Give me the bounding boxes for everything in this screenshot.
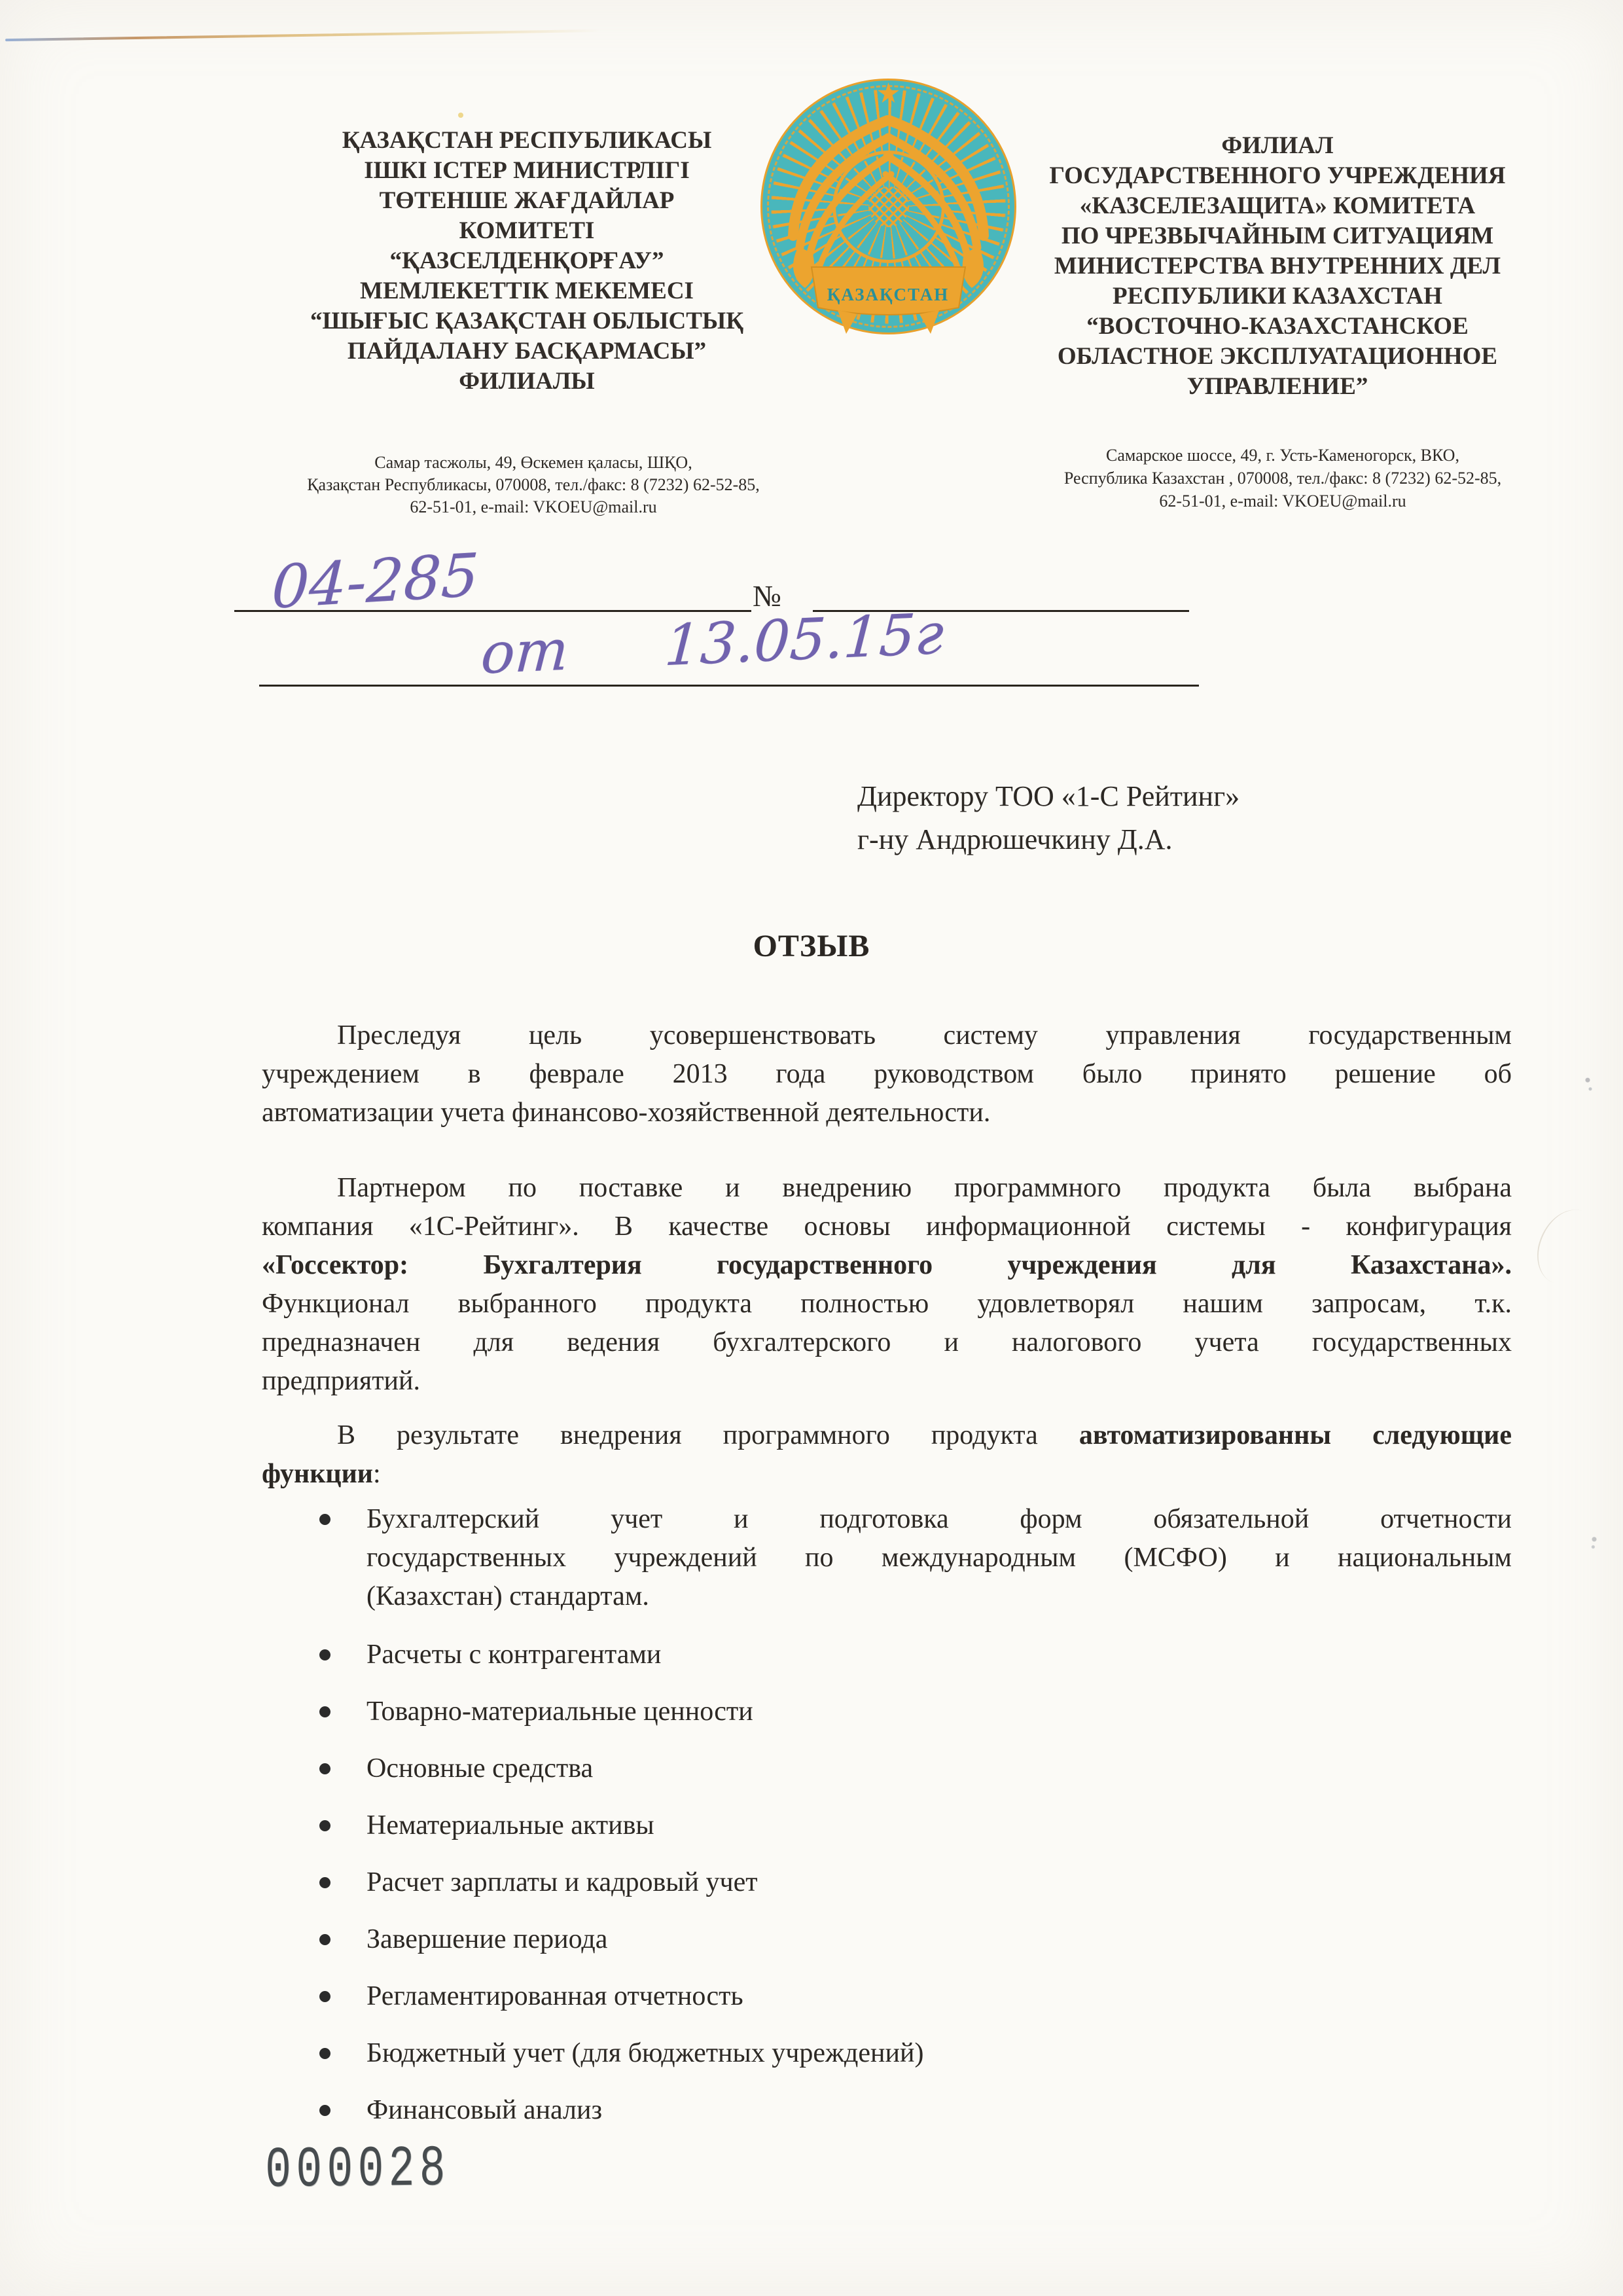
page-number-stamp: 000028 [265, 2137, 450, 2204]
org-line: РЕСПУБЛИКИ КАЗАХСТАН [1016, 281, 1539, 312]
bullet-icon [319, 1763, 330, 1774]
org-line: ҚАЗАҚСТАН РЕСПУБЛИКАСЫ [278, 126, 776, 156]
bullet-icon [319, 1877, 330, 1888]
org-line: «КАЗСЕЛЕЗАЩИТА» КОМИТЕТА [1016, 191, 1539, 221]
bullet-icon [319, 1706, 330, 1717]
body-line: Нематериальные активы [366, 1806, 1512, 1845]
body-line: предприятий. [262, 1362, 1512, 1401]
scan-speck [458, 113, 463, 118]
recipient-line: Директору ТОО «1-С Рейтинг» [857, 775, 1240, 818]
list-item: Расчет зарплаты и кадровый учет [262, 1863, 1512, 1902]
list-item: Товарно-материальные ценности [262, 1693, 1512, 1731]
org-line: ФИЛИАЛ [1016, 131, 1539, 161]
bullet-icon [319, 1991, 330, 2002]
list-item: Завершение периода [262, 1920, 1512, 1959]
org-line: “ВОСТОЧНО-КАЗАХСТАНСКОЕ [1016, 312, 1539, 342]
body-line: автоматизации учета финансово-хозяйствен… [262, 1094, 1512, 1132]
recipient-block: Директору ТОО «1-С Рейтинг» г-ну Андрюше… [857, 775, 1240, 861]
body-line: компания «1С-Рейтинг». В качестве основы… [262, 1208, 1512, 1246]
address-line: Самарское шоссе, 49, г. Усть-Каменогорск… [1011, 444, 1554, 467]
list-item: Бюджетный учет (для бюджетных учреждений… [262, 2034, 1512, 2073]
org-line: КОМИТЕТІ [278, 216, 776, 246]
list-item: Расчеты с контрагентами [262, 1636, 1512, 1674]
document-title: ОТЗЫВ [0, 928, 1623, 964]
body-line: Бюджетный учет (для бюджетных учреждений… [366, 2034, 1512, 2073]
letter-body: Преследуя цель усовершенствовать систему… [262, 1016, 1512, 2148]
org-line: ПО ЧРЕЗВЫЧАЙНЫМ СИТУАЦИЯМ [1016, 221, 1539, 251]
org-line: “ҚАЗСЕЛДЕНҚОРҒАУ” [278, 246, 776, 276]
org-name-kazakh: ҚАЗАҚСТАН РЕСПУБЛИКАСЫ ІШКІ ІСТЕР МИНИСТ… [278, 126, 776, 397]
org-line: МИНИСТЕРСТВА ВНУТРЕННИХ ДЕЛ [1016, 251, 1539, 281]
paragraph: В результате внедрения программного прод… [262, 1416, 1512, 1494]
org-line: “ШЫҒЫС ҚАЗАҚСТАН ОБЛЫСТЫҚ [278, 306, 776, 336]
body-line: Расчет зарплаты и кадровый учет [366, 1863, 1512, 1902]
address-line: 62-51-01, e-mail: VKOEU@mail.ru [265, 496, 802, 518]
bullet-icon [319, 1649, 330, 1660]
bullet-icon [319, 1514, 330, 1525]
body-line: Завершение периода [366, 1920, 1512, 1959]
scan-artifact-line [5, 29, 601, 41]
list-item: Бухгалтерский учет и подготовка форм обя… [262, 1500, 1512, 1616]
body-text-run: В результате внедрения программного прод… [337, 1420, 1079, 1450]
org-line: УПРАВЛЕНИЕ” [1016, 372, 1539, 402]
body-line: Товарно-материальные ценности [366, 1693, 1512, 1731]
bullet-icon [319, 2105, 330, 2116]
body-text-run-bold: функции [262, 1459, 373, 1489]
org-line: ПАЙДАЛАНУ БАСҚАРМАСЫ” [278, 336, 776, 367]
org-line: ІШКІ ІСТЕР МИНИСТРЛІГІ [278, 156, 776, 186]
handwritten-date: от 13.05.15г [479, 601, 946, 687]
body-line: Преследуя цель усовершенствовать систему… [262, 1016, 1512, 1055]
address-russian: Самарское шоссе, 49, г. Усть-Каменогорск… [1011, 444, 1554, 512]
body-line: Основные средства [366, 1749, 1512, 1788]
bullet-icon [319, 2048, 330, 2059]
body-line: В результате внедрения программного прод… [262, 1416, 1512, 1455]
list-item: Нематериальные активы [262, 1806, 1512, 1845]
body-line: Расчеты с контрагентами [366, 1636, 1512, 1674]
body-text-run-bold: автоматизированны следующие [1079, 1420, 1512, 1450]
body-line: государственных учреждений по международ… [366, 1539, 1512, 1577]
scanned-letter-page: ҚАЗАҚСТАН РЕСПУБЛИКАСЫ ІШКІ ІСТЕР МИНИСТ… [0, 0, 1623, 2296]
address-line: Қазақстан Республикасы, 070008, тел./фак… [265, 474, 802, 496]
kazakhstan-coat-of-arms: ҚАЗАҚСТАН [759, 77, 1018, 336]
emblem-overlay: ҚАЗАҚСТАН [759, 77, 1018, 336]
scan-speck [1589, 1534, 1599, 1551]
paragraph: Партнером по поставке и внедрению програ… [262, 1169, 1512, 1401]
org-line: ОБЛАСТНОЕ ЭКСПЛУАТАЦИОННОЕ [1016, 342, 1539, 372]
ruled-line [234, 610, 751, 612]
bullet-icon [319, 1820, 330, 1831]
body-line-bold: «Госсектор: Бухгалтерия государственного… [262, 1246, 1512, 1285]
address-line: Республика Казахстан , 070008, тел./факс… [1011, 467, 1554, 490]
list-item: Основные средства [262, 1749, 1512, 1788]
address-line: Самар тасжолы, 49, Өскемен қаласы, ШҚО, [265, 452, 802, 474]
list-item: Финансовый анализ [262, 2091, 1512, 2130]
emblem-banner-text: ҚАЗАҚСТАН [827, 285, 949, 304]
address-line: 62-51-01, e-mail: VKOEU@mail.ru [1011, 490, 1554, 512]
body-line: Финансовый анализ [366, 2091, 1512, 2130]
org-line: ГОСУДАРСТВЕННОГО УЧРЕЖДЕНИЯ [1016, 161, 1539, 191]
body-line: Функционал выбранного продукта полностью… [262, 1285, 1512, 1323]
org-line: ТӨТЕНШЕ ЖАҒДАЙЛАР [278, 186, 776, 216]
org-line: ФИЛИАЛЫ [278, 367, 776, 397]
body-line: функции: [262, 1455, 1512, 1494]
org-line: МЕМЛЕКЕТТІК МЕКЕМЕСІ [278, 276, 776, 306]
list-item: Регламентированная отчетность [262, 1977, 1512, 2016]
body-line: (Казахстан) стандартам. [366, 1577, 1512, 1616]
org-name-russian: ФИЛИАЛ ГОСУДАРСТВЕННОГО УЧРЕЖДЕНИЯ «КАЗС… [1016, 131, 1539, 402]
scan-speck [1529, 1201, 1607, 1292]
bullet-icon [319, 1934, 330, 1945]
recipient-line: г-ну Андрюшечкину Д.А. [857, 818, 1240, 861]
body-line: предназначен для ведения бухгалтерского … [262, 1323, 1512, 1362]
body-line: учреждением в феврале 2013 года руководс… [262, 1055, 1512, 1094]
body-line: Партнером по поставке и внедрению програ… [262, 1169, 1512, 1208]
paragraph: Преследуя цель усовершенствовать систему… [262, 1016, 1512, 1132]
body-text-run: : [373, 1459, 381, 1489]
address-kazakh: Самар тасжолы, 49, Өскемен қаласы, ШҚО, … [265, 452, 802, 518]
body-line: Бухгалтерский учет и подготовка форм обя… [366, 1500, 1512, 1539]
body-line: Регламентированная отчетность [366, 1977, 1512, 2016]
functions-list: Бухгалтерский учет и подготовка форм обя… [262, 1500, 1512, 2130]
scan-speck [1582, 1073, 1596, 1096]
ruled-line [259, 685, 1199, 687]
